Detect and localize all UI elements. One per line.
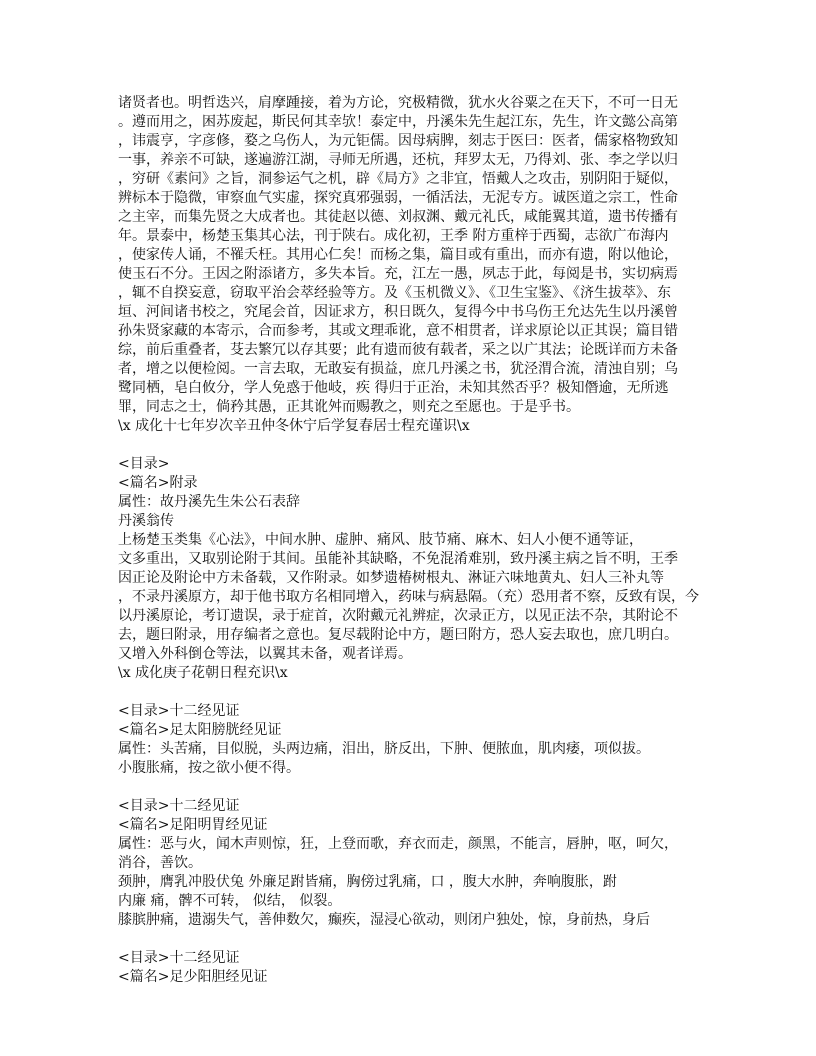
chapter-title: <篇名>足少阳胆经见证: [118, 968, 718, 987]
appendix-section: <目录> <篇名>附录 属性：故丹溪先生朱公石表辞 丹溪翁传 上杨楚玉类集《心法…: [118, 455, 718, 683]
blank-line: [118, 930, 718, 949]
text-line: 文多重出，又取别论附于其间。虽能补其缺略，不免混淆难别，致丹溪主病之旨不明，王季: [118, 550, 718, 569]
text-line: 上杨楚玉类集《心法》，中间水肿、虚肿、痛风、肢节痛、麻木、妇人小便不通等证，: [118, 531, 718, 550]
text-line: ，使家传人诵，不罹夭枉。其用心仁矣！而杨之集，篇目或有重出，而亦有遗，附以他论，: [118, 246, 718, 265]
signature-line: \x 成化庚子花朝日程充识\x: [118, 664, 718, 683]
text-line: 消谷，善饮。: [118, 854, 718, 873]
text-line: 罪，同志之士，倘矜其愚，正其讹舛而赐教之，则充之至愿也。于是乎书。: [118, 398, 718, 417]
chapter-title: <篇名>足阳明胃经见证: [118, 816, 718, 835]
text-line: 颈肿，膺乳冲股伏兔 外廉足跗皆痛，胸傍过乳痛，口 ，腹大水肿，奔响腹胀，跗: [118, 873, 718, 892]
text-line: 。遵而用之，困苏废起，斯民何其幸欤！泰定中，丹溪朱先生起江东，先生，许文懿公高第: [118, 113, 718, 132]
attribute-line: 属性：恶与火，闻木声则惊，狂，上登而歌，弃衣而走，颜黑，不能言，唇肿，呕，呵欠，: [118, 835, 718, 854]
blank-line: [118, 436, 718, 455]
text-line: 因正论及附论中方未备载，又作附录。如梦遗椿树根丸、淋证六味地黄丸、妇人三补丸等: [118, 569, 718, 588]
stomach-meridian-section: <目录>十二经见证 <篇名>足阳明胃经见证 属性：恶与火，闻木声则惊，狂，上登而…: [118, 797, 718, 930]
text-line: 小腹胀痛，按之欲小便不得。: [118, 759, 718, 778]
bladder-meridian-section: <目录>十二经见证 <篇名>足太阳膀胱经见证 属性：头苦痛，目似脱，头两边痛，泪…: [118, 702, 718, 778]
gallbladder-meridian-section: <目录>十二经见证 <篇名>足少阳胆经见证: [118, 949, 718, 987]
blank-line: [118, 778, 718, 797]
text-line: 使玉石不分。王因之附添诸方，多失本旨。充，江左一愚，夙志于此，每阅是书，实切病焉: [118, 265, 718, 284]
text-line: ，穷研《素问》之旨，洞参运气之机，辟《局方》之非宜，悟戴人之攻击，别阴阳于疑似，: [118, 170, 718, 189]
preface-block: 诸贤者也。明哲迭兴，肩摩踵接，着为方论，究极精微，犹水火谷粟之在天下，不可一日无…: [118, 94, 718, 436]
text-line: 内廉 痛，髀不可转， 似结， 似裂。: [118, 892, 718, 911]
chapter-title: <篇名>足太阳膀胱经见证: [118, 721, 718, 740]
text-line: 膝膑肿痛，遗溺失气，善伸数欠，癫疾，湿浸心欲动，则闭户独处，惊，身前热，身后: [118, 911, 718, 930]
text-line: 丹溪翁传: [118, 512, 718, 531]
catalog-heading: <目录>十二经见证: [118, 702, 718, 721]
signature-line: \x 成化十七年岁次辛丑仲冬休宁后学复春居士程充谨识\x: [118, 417, 718, 436]
document-page: 诸贤者也。明哲迭兴，肩摩踵接，着为方论，究极精微，犹水火谷粟之在天下，不可一日无…: [118, 94, 718, 987]
text-line: ，不录丹溪原方，却于他书取方名相同增入，药味与病悬隔。（充）恐用者不察，反致有误…: [118, 588, 718, 607]
text-line: ，辄不自揆妄意，窃取平治会萃经验等方。及《玉机微义》、《卫生宝鉴》、《济生拔萃》…: [118, 284, 718, 303]
catalog-heading: <目录>十二经见证: [118, 949, 718, 968]
text-line: 去，题曰附录，用存编者之意也。复尽载附论中方，题曰附方，恐人妄去取也，庶几明白。: [118, 626, 718, 645]
text-line: 一事，养亲不可缺，遂遍游江湖，寻师无所遇，还杭，拜罗太无，乃得刘、张、李之学以归: [118, 151, 718, 170]
text-line: 综，前后重叠者，芟去繁冗以存其要；此有遗而彼有载者，采之以广其法；论既详而方未备: [118, 341, 718, 360]
text-line: 之主宰，而集先贤之大成者也。其徒赵以德、刘叔渊、戴元礼氏，咸能翼其道，遗书传播有: [118, 208, 718, 227]
text-line: 辨标本于隐微，审察血气实虚，探究真邪强弱，一循活法，无泥专方。诚医道之宗工，性命: [118, 189, 718, 208]
blank-line: [118, 683, 718, 702]
text-line: 鹭同栖，皂白攸分，学人免惑于他岐，疾 得归于正治，未知其然否乎？极知僭逾，无所逃: [118, 379, 718, 398]
text-line: 以丹溪原论，考订遗误，录于症首，次附戴元礼辨症，次录正方，以见正法不杂，其附论不: [118, 607, 718, 626]
text-line: 者，增之以便检阅。一言去取，无敢妄有损益，庶几丹溪之书，犹泾渭合流，清浊自别；乌: [118, 360, 718, 379]
attribute-line: 属性：头苦痛，目似脱，头两边痛，泪出，脐反出，下肿、便脓血，肌肉痿，项似拔。: [118, 740, 718, 759]
catalog-heading: <目录>十二经见证: [118, 797, 718, 816]
catalog-heading: <目录>: [118, 455, 718, 474]
chapter-title: <篇名>附录: [118, 474, 718, 493]
text-line: 年。景泰中，杨楚玉集其心法，刊于陕右。成化初，王季 附方重梓于西蜀，志欲广布海内: [118, 227, 718, 246]
text-line: ，讳震亨，字彦修，婺之乌伤人，为元钜儒。因母病脾，刻志于医曰：医者，儒家格物致知: [118, 132, 718, 151]
text-line: 孙朱贤家藏的本寄示，合而参考，其或文理乖讹，意不相贯者，详求原论以正其误；篇目错: [118, 322, 718, 341]
text-line: 诸贤者也。明哲迭兴，肩摩踵接，着为方论，究极精微，犹水火谷粟之在天下，不可一日无: [118, 94, 718, 113]
text-line: 又增入外科倒仓等法，以翼其未备，观者详焉。: [118, 645, 718, 664]
attribute-line: 属性：故丹溪先生朱公石表辞: [118, 493, 718, 512]
text-line: 垣、河间诸书校之，究尾会首，因证求方，积日既久，复得今中书乌伤王允达先生以丹溪曾: [118, 303, 718, 322]
